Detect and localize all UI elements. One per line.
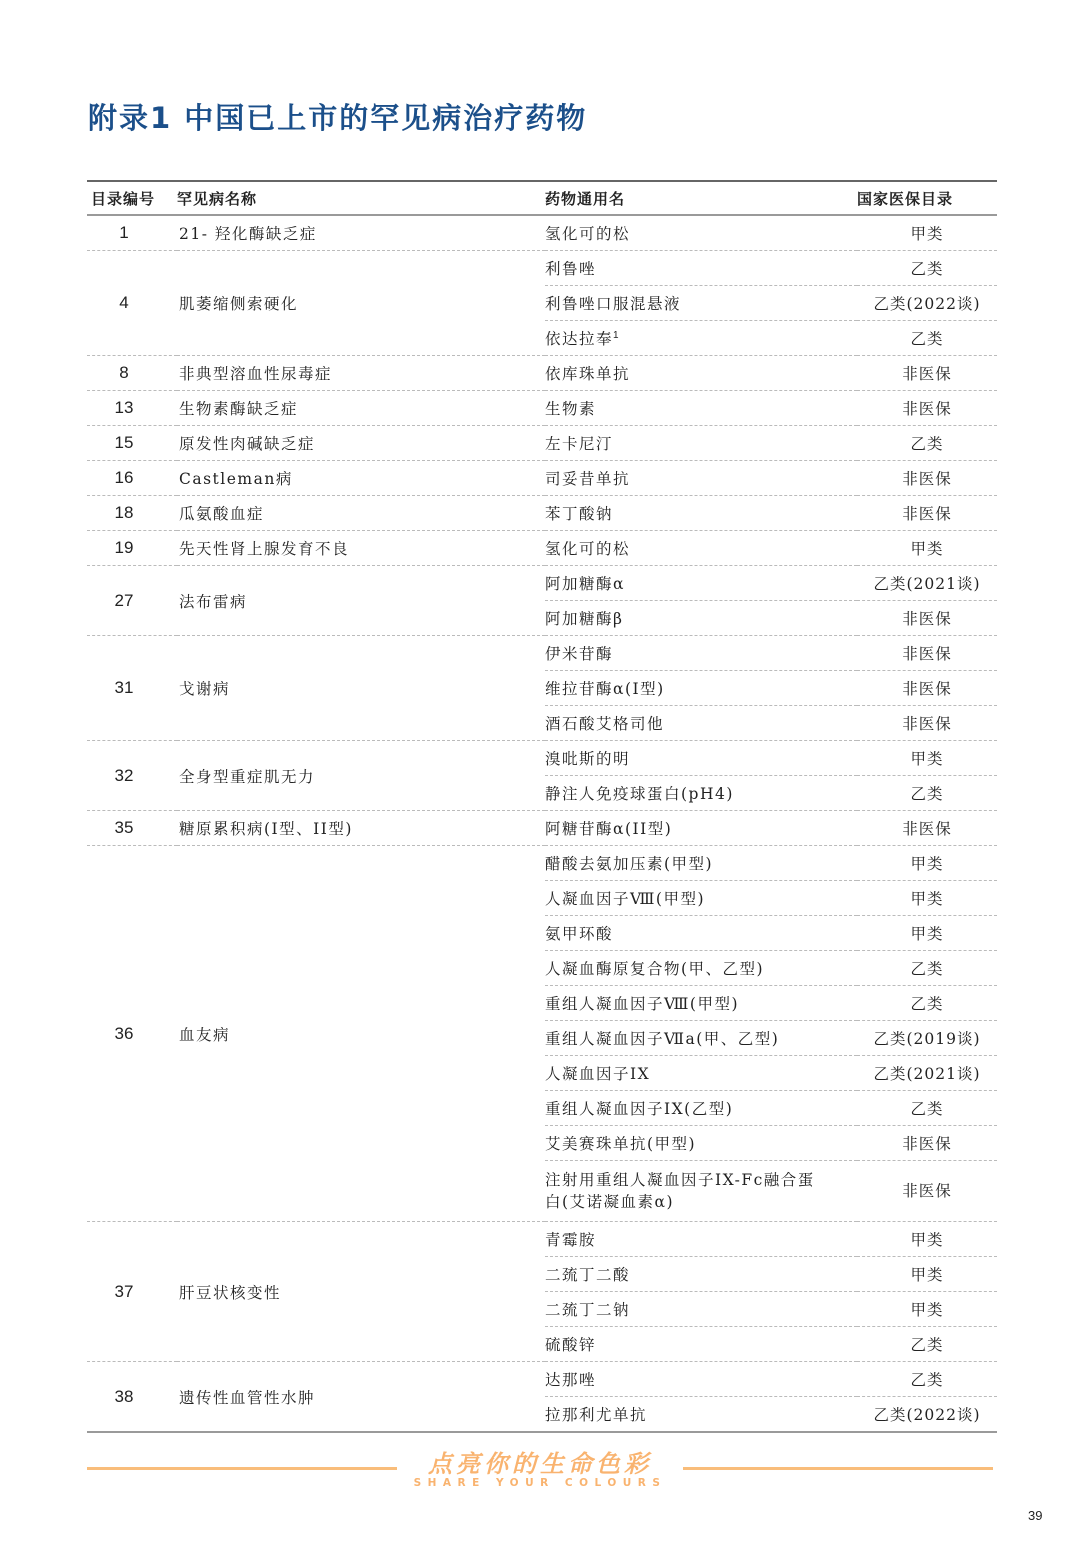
table-row: 18瓜氨酸血症苯丁酸钠非医保: [87, 496, 997, 531]
header-drug-name: 药物通用名: [545, 181, 857, 215]
drug-name-cell: 艾美赛珠单抗(甲型): [545, 1126, 857, 1161]
drug-name-text: 静注人免疫球蛋白(pH4): [545, 785, 734, 803]
table-body: 121- 羟化酶缺乏症氢化可的松甲类4肌萎缩侧索硬化利鲁唑乙类利鲁唑口服混悬液乙…: [87, 215, 997, 1432]
drug-name-cell: 酒石酸艾格司他: [545, 706, 857, 741]
drug-name-cell: 维拉苷酶α(I型): [545, 671, 857, 706]
insurance-status-cell: 非医保: [857, 601, 997, 636]
disease-name-cell: 血友病: [177, 846, 545, 1222]
footer-banner: 点亮你的生命色彩 SHARE YOUR COLOURS: [87, 1450, 993, 1494]
insurance-status-cell: 非医保: [857, 636, 997, 671]
drug-name-text: 溴吡斯的明: [545, 750, 630, 768]
insurance-status-cell: 非医保: [857, 496, 997, 531]
drug-name-cell: 阿加糖酶α: [545, 566, 857, 601]
insurance-status-cell: 非医保: [857, 811, 997, 846]
insurance-status-cell: 甲类: [857, 531, 997, 566]
drug-name-cell: 拉那利尤单抗: [545, 1397, 857, 1433]
drug-name-text: 青霉胺: [545, 1231, 596, 1249]
drug-name-cell: 伊米苷酶: [545, 636, 857, 671]
drug-name-cell: 人凝血因子IX: [545, 1056, 857, 1091]
catalog-number-cell: 4: [87, 251, 177, 356]
drug-name-cell: 氢化可的松: [545, 531, 857, 566]
drug-name-cell: 注射用重组人凝血因子IX-Fc融合蛋白(艾诺凝血素α): [545, 1161, 857, 1222]
table-row: 19先天性肾上腺发育不良氢化可的松甲类: [87, 531, 997, 566]
drug-name-cell: 二巯丁二酸: [545, 1257, 857, 1292]
drug-name-cell: 重组人凝血因子Ⅷ(甲型): [545, 986, 857, 1021]
insurance-status-cell: 甲类: [857, 916, 997, 951]
insurance-status-cell: 非医保: [857, 671, 997, 706]
disease-name-cell: 原发性肉碱缺乏症: [177, 426, 545, 461]
insurance-status-cell: 乙类: [857, 1091, 997, 1126]
insurance-status-cell: 乙类(2021谈): [857, 566, 997, 601]
insurance-status-cell: 乙类: [857, 1327, 997, 1362]
drug-name-cell: 重组人凝血因子Ⅶa(甲、乙型): [545, 1021, 857, 1056]
drug-name-text: 依库珠单抗: [545, 365, 630, 383]
drug-name-text: 重组人凝血因子Ⅶa(甲、乙型): [545, 1030, 779, 1048]
drug-name-cell: 静注人免疫球蛋白(pH4): [545, 776, 857, 811]
table-row: 8非典型溶血性尿毒症依库珠单抗非医保: [87, 356, 997, 391]
drug-name-cell: 依达拉奉1: [545, 321, 857, 356]
drug-name-text: 二巯丁二酸: [545, 1266, 630, 1284]
catalog-number-cell: 38: [87, 1362, 177, 1433]
insurance-status-cell: 甲类: [857, 215, 997, 251]
drug-name-text: 氨甲环酸: [545, 925, 613, 943]
drug-name-text: 利鲁唑口服混悬液: [545, 295, 681, 313]
drug-name-text: 伊米苷酶: [545, 645, 613, 663]
drug-name-text: 人凝血因子Ⅷ(甲型): [545, 890, 705, 908]
rare-disease-drug-table: 目录编号 罕见病名称 药物通用名 国家医保目录 121- 羟化酶缺乏症氢化可的松…: [87, 180, 997, 1433]
catalog-number-cell: 19: [87, 531, 177, 566]
drug-name-text: 左卡尼汀: [545, 435, 613, 453]
drug-name-cell: 苯丁酸钠: [545, 496, 857, 531]
disease-name-cell: 21- 羟化酶缺乏症: [177, 215, 545, 251]
slogan-en: SHARE YOUR COLOURS: [403, 1477, 677, 1489]
drug-name-cell: 生物素: [545, 391, 857, 426]
footer-divider-left: [87, 1467, 397, 1470]
table-row: 35糖原累积病(I型、II型)阿糖苷酶α(II型)非医保: [87, 811, 997, 846]
insurance-status-cell: 甲类: [857, 881, 997, 916]
drug-name-cell: 氢化可的松: [545, 215, 857, 251]
disease-name-cell: 非典型溶血性尿毒症: [177, 356, 545, 391]
drug-name-text: 二巯丁二钠: [545, 1301, 630, 1319]
disease-name-cell: 肝豆状核变性: [177, 1222, 545, 1362]
drug-name-text: 生物素: [545, 400, 596, 418]
drug-name-cell: 人凝血酶原复合物(甲、乙型): [545, 951, 857, 986]
drug-name-text: 阿加糖酶α: [545, 575, 625, 593]
page-number: 39: [1028, 1508, 1042, 1523]
catalog-number-cell: 27: [87, 566, 177, 636]
disease-name-cell: 全身型重症肌无力: [177, 741, 545, 811]
table-row: 16Castleman病司妥昔单抗非医保: [87, 461, 997, 496]
catalog-number-cell: 32: [87, 741, 177, 811]
drug-name-cell: 利鲁唑: [545, 251, 857, 286]
drug-name-text: 注射用重组人凝血因子IX-Fc融合蛋白(艾诺凝血素α): [545, 1171, 815, 1211]
insurance-status-cell: 甲类: [857, 846, 997, 881]
catalog-number-cell: 16: [87, 461, 177, 496]
disease-name-cell: 法布雷病: [177, 566, 545, 636]
table-row: 36血友病醋酸去氨加压素(甲型)甲类: [87, 846, 997, 881]
disease-name-cell: 先天性肾上腺发育不良: [177, 531, 545, 566]
drug-name-text: 司妥昔单抗: [545, 470, 630, 488]
insurance-status-cell: 乙类(2021谈): [857, 1056, 997, 1091]
drug-name-text: 阿糖苷酶α(II型): [545, 820, 672, 838]
insurance-status-cell: 非医保: [857, 461, 997, 496]
drug-name-cell: 氨甲环酸: [545, 916, 857, 951]
drug-name-text: 拉那利尤单抗: [545, 1406, 647, 1424]
disease-name-cell: 遗传性血管性水肿: [177, 1362, 545, 1433]
drug-name-cell: 依库珠单抗: [545, 356, 857, 391]
header-catalog-number: 目录编号: [87, 181, 177, 215]
drug-name-text: 酒石酸艾格司他: [545, 715, 664, 733]
insurance-status-cell: 乙类: [857, 986, 997, 1021]
insurance-status-cell: 非医保: [857, 1161, 997, 1222]
table-row: 121- 羟化酶缺乏症氢化可的松甲类: [87, 215, 997, 251]
drug-name-text: 利鲁唑: [545, 260, 596, 278]
disease-name-cell: 戈谢病: [177, 636, 545, 741]
disease-name-cell: 肌萎缩侧索硬化: [177, 251, 545, 356]
header-disease-name: 罕见病名称: [177, 181, 545, 215]
drug-name-cell: 溴吡斯的明: [545, 741, 857, 776]
drug-name-cell: 二巯丁二钠: [545, 1292, 857, 1327]
insurance-status-cell: 乙类: [857, 1362, 997, 1397]
drug-name-text: 达那唑: [545, 1371, 596, 1389]
drug-name-cell: 青霉胺: [545, 1222, 857, 1257]
catalog-number-cell: 1: [87, 215, 177, 251]
disease-name-cell: 糖原累积病(I型、II型): [177, 811, 545, 846]
insurance-status-cell: 非医保: [857, 356, 997, 391]
insurance-status-cell: 甲类: [857, 741, 997, 776]
table-row: 32全身型重症肌无力溴吡斯的明甲类: [87, 741, 997, 776]
disease-name-cell: 瓜氨酸血症: [177, 496, 545, 531]
drug-name-text: 氢化可的松: [545, 540, 630, 558]
insurance-status-cell: 甲类: [857, 1257, 997, 1292]
drug-name-cell: 达那唑: [545, 1362, 857, 1397]
drug-name-text: 醋酸去氨加压素(甲型): [545, 855, 713, 873]
catalog-number-cell: 15: [87, 426, 177, 461]
insurance-status-cell: 甲类: [857, 1222, 997, 1257]
table-row: 38遗传性血管性水肿达那唑乙类: [87, 1362, 997, 1397]
insurance-status-cell: 非医保: [857, 1126, 997, 1161]
drug-name-text: 阿加糖酶β: [545, 610, 623, 628]
slogan-cn: 点亮你的生命色彩: [403, 1450, 677, 1478]
drug-name-text: 艾美赛珠单抗(甲型): [545, 1135, 696, 1153]
drug-name-text: 重组人凝血因子Ⅷ(甲型): [545, 995, 739, 1013]
insurance-status-cell: 乙类: [857, 951, 997, 986]
drug-name-cell: 阿加糖酶β: [545, 601, 857, 636]
catalog-number-cell: 37: [87, 1222, 177, 1362]
drug-name-cell: 司妥昔单抗: [545, 461, 857, 496]
insurance-status-cell: 乙类: [857, 426, 997, 461]
drug-name-text: 苯丁酸钠: [545, 505, 613, 523]
insurance-status-cell: 非医保: [857, 391, 997, 426]
table-row: 4肌萎缩侧索硬化利鲁唑乙类: [87, 251, 997, 286]
drug-name-cell: 左卡尼汀: [545, 426, 857, 461]
insurance-status-cell: 乙类: [857, 776, 997, 811]
drug-name-text: 人凝血因子IX: [545, 1065, 650, 1083]
catalog-number-cell: 13: [87, 391, 177, 426]
drug-name-cell: 人凝血因子Ⅷ(甲型): [545, 881, 857, 916]
page-title: 附录1 中国已上市的罕见病治疗药物: [88, 96, 587, 137]
insurance-status-cell: 甲类: [857, 1292, 997, 1327]
disease-name-cell: Castleman病: [177, 461, 545, 496]
insurance-status-cell: 乙类(2022谈): [857, 286, 997, 321]
insurance-status-cell: 乙类(2022谈): [857, 1397, 997, 1433]
footnote-marker: 1: [613, 330, 620, 341]
catalog-number-cell: 36: [87, 846, 177, 1222]
table-row: 13生物素酶缺乏症生物素非医保: [87, 391, 997, 426]
footer-divider-right: [683, 1467, 993, 1470]
insurance-status-cell: 乙类: [857, 321, 997, 356]
drug-name-text: 硫酸锌: [545, 1336, 596, 1354]
drug-name-cell: 重组人凝血因子IX(乙型): [545, 1091, 857, 1126]
table-header-row: 目录编号 罕见病名称 药物通用名 国家医保目录: [87, 181, 997, 215]
table-row: 15原发性肉碱缺乏症左卡尼汀乙类: [87, 426, 997, 461]
drug-name-cell: 阿糖苷酶α(II型): [545, 811, 857, 846]
drug-name-cell: 醋酸去氨加压素(甲型): [545, 846, 857, 881]
disease-name-cell: 生物素酶缺乏症: [177, 391, 545, 426]
insurance-status-cell: 乙类(2019谈): [857, 1021, 997, 1056]
insurance-status-cell: 乙类: [857, 251, 997, 286]
drug-name-text: 重组人凝血因子IX(乙型): [545, 1100, 733, 1118]
catalog-number-cell: 18: [87, 496, 177, 531]
catalog-number-cell: 8: [87, 356, 177, 391]
drug-name-text: 依达拉奉: [545, 330, 613, 348]
drug-name-cell: 硫酸锌: [545, 1327, 857, 1362]
insurance-status-cell: 非医保: [857, 706, 997, 741]
drug-name-cell: 利鲁唑口服混悬液: [545, 286, 857, 321]
table-row: 27法布雷病阿加糖酶α乙类(2021谈): [87, 566, 997, 601]
table-row: 31戈谢病伊米苷酶非医保: [87, 636, 997, 671]
catalog-number-cell: 31: [87, 636, 177, 741]
table-row: 37肝豆状核变性青霉胺甲类: [87, 1222, 997, 1257]
drug-name-text: 维拉苷酶α(I型): [545, 680, 665, 698]
drug-name-text: 氢化可的松: [545, 225, 630, 243]
header-insurance-catalog: 国家医保目录: [857, 181, 997, 215]
catalog-number-cell: 35: [87, 811, 177, 846]
drug-name-text: 人凝血酶原复合物(甲、乙型): [545, 960, 764, 978]
